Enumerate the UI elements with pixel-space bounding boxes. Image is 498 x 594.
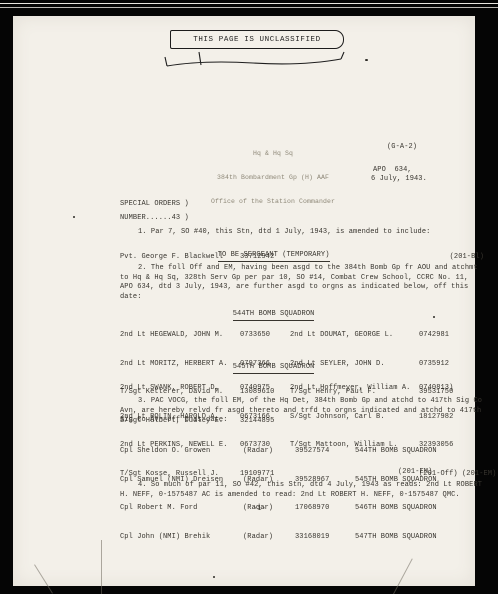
- unclassified-stamp: THIS PAGE IS UNCLASSIFIED: [170, 30, 344, 49]
- soldier-name: 2nd Lt SWANK, ROBERT D.: [120, 384, 240, 394]
- table-row: 2nd Lt HEGEWALD, JOHN M. 0733650 2nd Lt …: [120, 331, 484, 341]
- soldier-name: 2nd Lt DOUMAT, GEORGE L.: [290, 331, 419, 341]
- assigned-squadron: 547TH BOMB SQUADRON: [355, 533, 484, 543]
- soldier-serial: 0742981: [419, 331, 484, 341]
- table-row: 2nd Lt SWANK, ROBERT D. 0740975 2nd Lt H…: [120, 384, 484, 394]
- crease-line: [390, 558, 412, 594]
- soldier-serial: 17068970: [295, 504, 355, 514]
- paragraph-1: 1. Par 7, SO #40, this Stn, dtd 1 July, …: [120, 228, 484, 238]
- unclassified-stamp-label: THIS PAGE IS UNCLASSIFIED: [193, 36, 321, 44]
- assigned-squadron: 544TH BOMB SQUADRON: [355, 447, 484, 457]
- letterhead-line-2: 384th Bombardment Gp (H) AAF: [163, 174, 383, 182]
- film-edge-rule: [0, 7, 498, 8]
- list-item: Cpl Sheldon O. Growen (Radar) 39527574 5…: [120, 447, 484, 457]
- letterhead-line-3: Office of the Station Commander: [163, 198, 383, 206]
- scanned-document: { "stamp": { "label": "THIS PAGE IS UNCL…: [0, 0, 498, 594]
- duty-label: (Radar): [243, 504, 295, 514]
- letterhead-line-1: Hq & Hq Sq: [163, 150, 383, 158]
- paragraph-4: 4. So much of par 11, SO #42, this Stn, …: [120, 481, 484, 500]
- duty-label: (Radar): [243, 533, 295, 543]
- soldier-serial: 0740975: [240, 384, 290, 394]
- file-tag: (201-Bl): [419, 253, 484, 263]
- duty-label: (Radar): [243, 447, 295, 457]
- film-edge-rule: [0, 3, 498, 4]
- paragraph-2: 2. The foll Off and EM, having been asgd…: [120, 264, 484, 302]
- paragraph-3: 3. PAC VOCG, the foll EM, of the Hq Det,…: [120, 397, 484, 426]
- soldier-name: Pvt. George F. Blackwell: [120, 253, 240, 263]
- list-item: Cpl Robert M. Ford (Radar) 17068970 546T…: [120, 504, 484, 514]
- date-line: 6 July, 1943.: [371, 175, 427, 185]
- assigned-squadron: 546TH BOMB SQUADRON: [355, 504, 484, 514]
- list-item: Cpl John (NMI) Brehik (Radar) 33168019 5…: [120, 533, 484, 543]
- stamp-underline-mark: [163, 50, 348, 70]
- crease-line: [34, 564, 53, 593]
- soldier-name: Cpl Robert M. Ford: [120, 504, 243, 514]
- soldier-serial: 33712942: [240, 253, 290, 263]
- promotion-entry-row: Pvt. George F. Blackwell 33712942 (201-B…: [120, 253, 484, 263]
- soldier-name: 2nd Lt Hoffmeyer, William A.: [290, 384, 419, 394]
- crease-line: [101, 540, 102, 594]
- letterhead: Hq & Hq Sq 384th Bombardment Gp (H) AAF …: [163, 134, 383, 222]
- page-number: -1-: [253, 505, 266, 515]
- orders-number-line: NUMBER......43 ): [120, 214, 189, 224]
- soldier-name: 2nd Lt HEGEWALD, JOHN M.: [120, 331, 240, 341]
- soldier-serial: 0733650: [240, 331, 290, 341]
- soldier-name: Cpl John (NMI) Brehik: [120, 533, 243, 543]
- soldier-serial: 39527574: [295, 447, 355, 457]
- special-orders-line: SPECIAL ORDERS ): [120, 200, 189, 210]
- soldier-name: Cpl Sheldon O. Growen: [120, 447, 243, 457]
- staff-annotation: (G-A-2): [387, 143, 417, 153]
- soldier-serial: 0740813): [419, 384, 484, 394]
- soldier-serial: 33168019: [295, 533, 355, 543]
- document-page: THIS PAGE IS UNCLASSIFIED Hq & Hq Sq 384…: [13, 16, 475, 586]
- file-tag: (201-EM): [398, 468, 432, 478]
